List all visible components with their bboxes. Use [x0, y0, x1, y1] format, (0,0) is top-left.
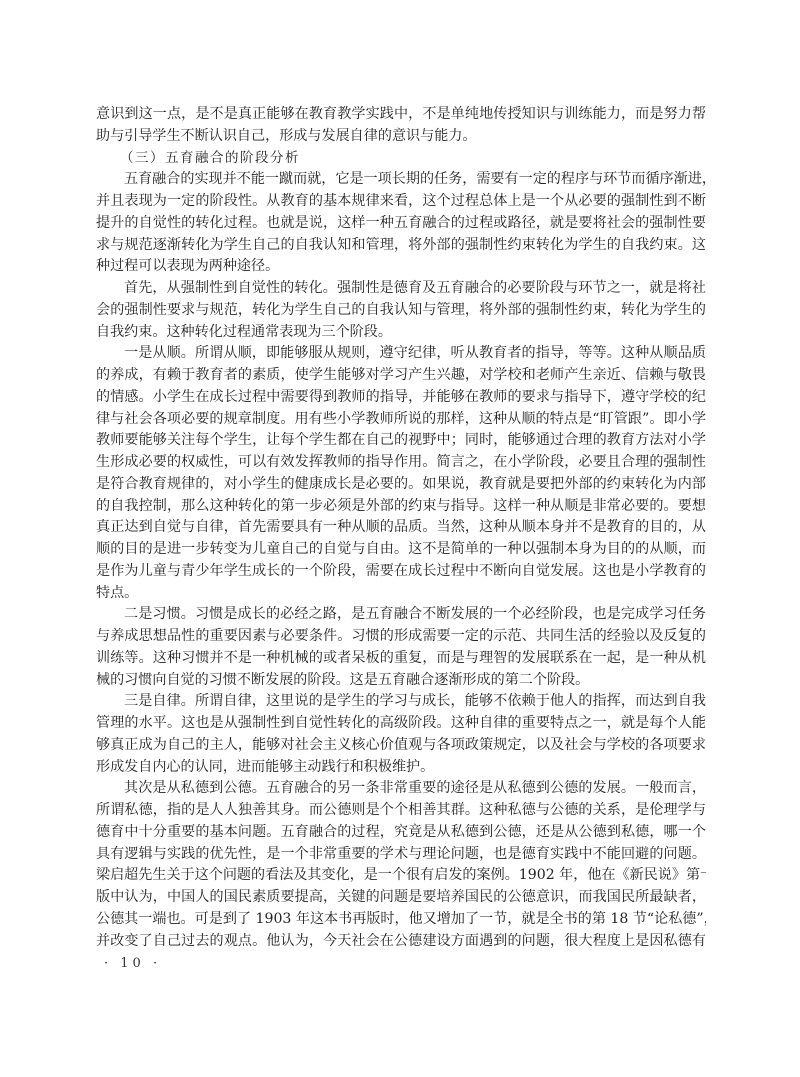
text-line: 管理的水平。这也是从强制性到自觉性转化的高级阶段。这种自律的重要特点之一，就是每…	[96, 713, 706, 735]
paragraph-last-line: 形成发自内心的认同，进而能够主动践行和积极维护。	[96, 757, 706, 779]
paragraph-last-line: 自我约束。这种转化过程通常表现为三个阶段。	[96, 322, 706, 344]
text-line: 是符合教育规律的，对小学生的健康成长是必要的。如果说，教育就是要把外部的约束转化…	[96, 474, 706, 496]
text-line: 提升的自觉性的转化过程。也就是说，这样一种五育融合的过程或路径，就是要将社会的强…	[96, 213, 706, 235]
paragraph-last-line: 种过程可以表现为两种途径。	[96, 256, 706, 278]
text-line: 够真正成为自己的主人，能够对社会主义核心价值观与各项政策规定，以及社会与学校的各…	[96, 735, 706, 757]
text-line: 的自我控制，那么这种转化的第一步必须是外部的约束与指导。这样一种从顺是非常必要的…	[96, 496, 706, 518]
text-line: 并且表现为一定的阶段性。从教育的基本规律来看，这个过程总体上是一个从必要的强制性…	[96, 191, 706, 213]
paragraph-first-line: 五育融合的实现并不能一蹴而就，它是一项长期的任务，需要有一定的程序与环节而循序渐…	[96, 169, 706, 191]
text-line: 训练等。这种习惯并不是一种机械的或者呆板的重复，而是与理智的发展联系在一起，是一…	[96, 648, 706, 670]
paragraph-first-line: 一是从顺。所谓从顺，即能够服从规则，遵守纪律，听从教育者的指导，等等。这种从顺品…	[96, 343, 706, 365]
text-line: 会的强制性要求与规范，转化为学生自己的自我认知与管理，将外部的强制性约束，转化为…	[96, 300, 706, 322]
text-line: 所谓私德，指的是人人独善其身。而公德则是个个相善其群。这种私德与公德的关系，是伦…	[96, 800, 706, 822]
text-line: 律与社会各项必要的规章制度。用有些小学教师所说的那样，这种从顺的特点是“盯管跟”…	[96, 409, 706, 431]
paragraph-last-line: 助与引导学生不断认识自己，形成与发展自律的意识与能力。	[96, 126, 706, 148]
paragraph-first-line: 其次是从私德到公德。五育融合的另一条非常重要的途径是从私德到公德的发展。一般而言…	[96, 778, 706, 800]
text-line: 顺的目的是进一步转变为儿童自己的自觉与自由。这不是简单的一种以强制本身为目的的从…	[96, 539, 706, 561]
text-line: 与养成思想品性的重要因素与必要条件。习惯的形成需要一定的示范、共同生活的经验以及…	[96, 626, 706, 648]
text-line: 梁启超先生关于这个问题的看法及其变化，是一个很有启发的案例。1902 年，他在《…	[96, 865, 706, 887]
page-number: · 10 ·	[104, 956, 161, 971]
text-line: 是作为儿童与青少年学生成长的一个阶段，需要在成长过程中不断向自觉发展。这也是小学…	[96, 561, 706, 583]
section-heading: （三）五育融合的阶段分析	[96, 148, 706, 170]
paragraph-first-line: 首先，从强制性到自觉性的转化。强制性是德育及五育融合的必要阶段与环节之一，就是将…	[96, 278, 706, 300]
text-line: 德育中十分重要的基本问题。五育融合的过程，究竟是从私德到公德，还是从公德到私德，…	[96, 822, 706, 844]
text-line: 具有逻辑与实践的优先性，是一个非常重要的学术与理论问题，也是德育实践中不能回避的…	[96, 844, 706, 866]
text-line: 生形成必要的权威性，可以有效发挥教师的指导作用。简言之，在小学阶段，必要且合理的…	[96, 452, 706, 474]
text-line: 真正达到自觉与自律，首先需要具有一种从顺的品质。当然，这种从顺本身并不是教育的目…	[96, 517, 706, 539]
paragraph-first-line: 三是自律。所谓自律，这里说的是学生的学习与成长，能够不依赖于他人的指挥，而达到自…	[96, 691, 706, 713]
text-line: 公德其一端也。可是到了 1903 年这本书再版时，他又增加了一节，就是全书的第 …	[96, 909, 706, 931]
text-line: 版中认为，中国人的国民素质要提高，关键的问题是要培养国民的公德意识，而我国民所最…	[96, 887, 706, 909]
paragraph-last-line: 械的习惯向自觉的习惯不断发展的阶段。这是五育融合逐渐形成的第二个阶段。	[96, 670, 706, 692]
text-line: 意识到这一点，是不是真正能够在教育教学实践中，不是单纯地传授知识与训练能力，而是…	[96, 104, 706, 126]
text-line: 求与规范逐渐转化为学生自己的自我认知和管理，将外部的强制性约束转化为学生的自我约…	[96, 235, 706, 257]
text-line: 的情感。小学生在成长过程中需要得到教师的指导，并能够在教师的要求与指导下，遵守学…	[96, 387, 706, 409]
document-page: 意识到这一点，是不是真正能够在教育教学实践中，不是单纯地传授知识与训练能力，而是…	[96, 104, 706, 952]
text-line: 并改变了自己过去的观点。他认为，今天社会在公德建设方面遇到的问题，很大程度上是因…	[96, 931, 706, 953]
paragraph-last-line: 特点。	[96, 583, 706, 605]
text-line: 教师要能够关注每个学生，让每个学生都在自己的视野中；同时，能够通过合理的教育方法…	[96, 430, 706, 452]
text-line: 的养成，有赖于教育者的素质，使学生能够对学习产生兴趣，对学校和老师产生亲近、信赖…	[96, 365, 706, 387]
paragraph-first-line: 二是习惯。习惯是成长的必经之路，是五育融合不断发展的一个必经阶段，也是完成学习任…	[96, 604, 706, 626]
